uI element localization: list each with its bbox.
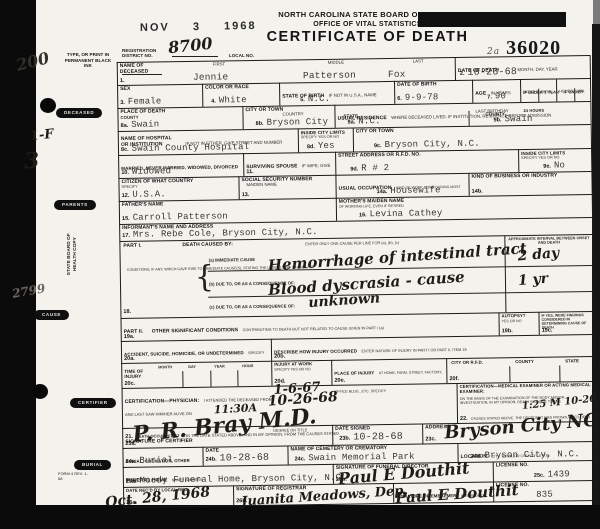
- injury-location-num: 20f.: [449, 376, 459, 382]
- state-label: STATE: [565, 359, 579, 364]
- examiner-title: CERTIFICATION—MEDICAL EXAMINER OR ACTING…: [460, 383, 593, 395]
- marital-status-num: 10.: [121, 171, 129, 177]
- funeral-home-num: 25a.: [126, 480, 137, 486]
- date-of-birth-num: 6.: [397, 97, 402, 103]
- copy-note: STATE BOARD OF HEALTH COPY: [67, 225, 79, 283]
- registration-district-label: REGISTRATION DISTRICT NO.: [122, 48, 166, 59]
- month-hint: MONTH: [158, 365, 172, 370]
- accident-sub: SPECIFY: [248, 351, 264, 355]
- accident-num: 20a.: [124, 356, 135, 362]
- hospital-city-limits-value: Yes: [318, 142, 335, 151]
- death-city-value: Bryson City: [267, 118, 329, 128]
- cemetery-location-num: 24d.: [471, 455, 482, 461]
- burial-date-num: 24b.: [206, 458, 217, 464]
- death-county-value: Swain: [131, 120, 159, 129]
- name-middle-value: Patterson: [303, 70, 356, 80]
- father-value: Carroll Patterson: [133, 212, 228, 222]
- field-autopsy-findings: IF YES, WERE FINDINGS CONSIDERED IN DETE…: [538, 311, 593, 335]
- sex-value: Female: [128, 97, 162, 106]
- ssn-num: 13.: [242, 193, 250, 199]
- page-title: CERTIFICATE OF DEATH: [255, 29, 480, 46]
- part1-conditions-note: CONDITIONS, IF ANY, WHICH GAVE RISE TO I…: [127, 267, 191, 272]
- field-sex: SEX 3.Female: [117, 84, 202, 108]
- field-citizenship: CITIZEN OF WHAT COUNTRY 12.U.S.A.: [118, 176, 238, 201]
- residence-city-limits-value: No: [554, 161, 565, 170]
- form-number-note: FORM 4 REV. 1-68: [58, 472, 92, 482]
- father-label: FATHER'S NAME: [122, 200, 334, 209]
- residence-state-num: 9a.: [348, 120, 356, 126]
- marital-status-value: Widowed: [132, 167, 171, 177]
- date-of-birth-value: 9-9-78: [405, 93, 439, 102]
- place-of-injury-num: 20e.: [334, 378, 345, 384]
- margin-tab-certifier: CERTIFIER: [70, 398, 116, 408]
- burial-num: 24a.: [126, 460, 137, 466]
- form-header: NORTH CAROLINA STATE BOARD OF HEALTH OFF…: [255, 10, 480, 46]
- burial-value: Burial: [139, 456, 173, 465]
- hospital-num: 8c.: [121, 148, 129, 154]
- part1-label: PART I.: [123, 244, 141, 250]
- form-grid: NAME OF DECEASED FIRST MIDDLE LAST 1. Je…: [117, 55, 598, 508]
- how-num: 20b.: [274, 354, 285, 360]
- received-date-stamp: NOV 3 1968: [140, 21, 257, 34]
- name-first-hint: FIRST: [213, 62, 225, 67]
- mother-value: Levina Cathey: [370, 209, 443, 219]
- day-hint: DAY: [188, 365, 196, 369]
- residence-county-value: Swain: [504, 115, 532, 124]
- death-city-num: 8b.: [256, 122, 264, 128]
- local-no-label: LOCAL NO.: [229, 53, 254, 58]
- line: [182, 371, 183, 387]
- cemetery-location-value: Bryson City, N.C.: [485, 450, 580, 460]
- age-label: AGE: [475, 91, 486, 97]
- mother-num: 16.: [359, 213, 367, 219]
- residence-city-value: Bryson City, N.C.: [385, 140, 480, 150]
- residence-city-label: CITY OR TOWN: [356, 126, 589, 135]
- citizenship-value: U.S.A.: [132, 190, 166, 199]
- county-label: COUNTY: [515, 360, 534, 365]
- field-age: AGE IN YEARS LAST BIRTHDAY 7.90: [472, 79, 520, 103]
- field-date-of-death: DATE OF DEATH MONTH, DAY, YEAR 2.10-26-6…: [455, 55, 590, 80]
- time-of-injury-num: 20c.: [124, 381, 135, 387]
- race-num: 4.: [211, 100, 216, 106]
- min-hint: MIN.: [577, 89, 585, 93]
- place-of-injury-label: PLACE OF INJURY: [334, 370, 374, 376]
- date-signed-num: 23b.: [339, 437, 350, 443]
- part2-title: OTHER SIGNIFICANT CONDITIONS: [152, 327, 239, 334]
- age-value: 90: [495, 92, 506, 101]
- autopsy-sub: YES OR NO: [502, 319, 537, 324]
- office-name: OFFICE OF VITAL STATISTICS: [255, 20, 480, 29]
- field-injury-location: CITY OR R.F.D. COUNTY STATE 20f.: [446, 356, 594, 383]
- margin-tab-deceased: DECEASED: [56, 108, 102, 118]
- sex-label: SEX: [120, 86, 200, 93]
- year-hint: YEAR: [214, 364, 225, 369]
- days-hint: DAYS: [541, 90, 551, 95]
- state-of-birth-value: N.C.: [308, 95, 331, 104]
- citizenship-label: CITIZEN OF WHAT COUNTRY: [121, 178, 236, 185]
- scan-edge-left: [0, 0, 36, 529]
- cemetery-value: Swain Memorial Park: [308, 453, 415, 464]
- margin-note-3: 3: [23, 147, 40, 174]
- hour-hint: HOUR: [242, 364, 253, 369]
- hospital-city-limits-num: 8d.: [307, 145, 315, 151]
- field-place-of-death-county: PLACE OF DEATH COUNTY 8a.Swain: [117, 106, 242, 131]
- cause-b-interval: 1 yr: [517, 271, 548, 289]
- how-sub: ENTER NATURE OF INJURY IN PART I OR PART…: [361, 348, 466, 354]
- street-address-value: R # 2: [361, 164, 389, 173]
- field-place-of-death-city: CITY OR TOWN 8b.Bryson City: [242, 105, 334, 129]
- brace-glyph: {: [195, 263, 215, 293]
- line: [210, 371, 211, 387]
- line: [559, 365, 560, 381]
- field-date-of-birth: DATE OF BIRTH 6.9-9-78: [394, 80, 472, 104]
- field-residence-city: CITY OR TOWN 9c.Bryson City, N.C.: [353, 124, 591, 152]
- field-burial-date: DATE 24b.10-28-68: [202, 446, 287, 466]
- line: [538, 89, 539, 102]
- field-father: FATHER'S NAME 15.Carroll Patterson: [119, 198, 336, 224]
- part1-line-a-label: (a) IMMEDIATE CAUSE: [209, 258, 256, 264]
- date-of-birth-label: DATE OF BIRTH: [397, 82, 470, 89]
- residence-county-num: 9b.: [494, 118, 502, 124]
- hospital-value: Swain County Hospital: [132, 143, 250, 154]
- residence-state-value: N.C.: [358, 117, 381, 126]
- accident-label: ACCIDENT, SUICIDE, HOMICIDE, OR UNDETERM…: [124, 350, 244, 357]
- scanned-death-certificate: NOV 3 1968 NORTH CAROLINA STATE BOARD OF…: [0, 0, 600, 529]
- findings-num: 19c.: [542, 328, 553, 334]
- at-work-sub: SPECIFY YES OR NO: [274, 367, 329, 372]
- board-name: NORTH CAROLINA STATE BOARD OF HEALTH: [255, 10, 480, 20]
- field-burial-type: BURIAL, CREMATION, OTHER SPECIFY 24a.Bur…: [122, 447, 202, 467]
- field-time-of-injury: TIME OF INJURY MONTH DAY YEAR HOUR 20c.: [121, 361, 271, 388]
- part2-num: 19a.: [124, 334, 135, 340]
- line: [574, 88, 575, 101]
- death-county-num: 8a.: [121, 124, 129, 130]
- line: [556, 79, 557, 101]
- embalmer-license-value: 835: [536, 491, 553, 500]
- part2-sub: CONTRIBUTING TO DEATH BUT NOT RELATED TO…: [243, 326, 384, 332]
- industry-label: KIND OF BUSINESS OR INDUSTRY: [471, 173, 589, 180]
- field-surviving-spouse: SURVIVING SPOUSE IF WIFE, GIVE MAIDEN NA…: [243, 152, 335, 176]
- field-cemetery-location: LOCATION CITY, TOWN, OR COUNTY / STATE 2…: [457, 441, 595, 462]
- field-director-license: LICENSE NO. 25c.1439: [493, 460, 596, 482]
- age-num: 7.: [487, 95, 492, 101]
- occupation-num: 14a.: [377, 190, 388, 196]
- name-last-hint: LAST: [413, 59, 424, 64]
- field-race: COLOR OR RACE 4.White: [202, 83, 279, 107]
- name-num: 1.: [120, 78, 125, 84]
- occupation-value: Housewife: [390, 186, 441, 196]
- cemetery-num: 24c.: [295, 457, 306, 463]
- ssn-label: SOCIAL SECURITY NUMBER: [241, 177, 333, 184]
- part1-caused-by: DEATH CAUSED BY:: [182, 242, 233, 248]
- citizenship-num: 12.: [122, 194, 130, 200]
- physician-title: CERTIFICATION—PHYSICIAN:: [125, 398, 200, 405]
- name-last-value: Fox: [388, 69, 406, 79]
- name-label: NAME OF DECEASED: [120, 63, 154, 75]
- field-under-one-year: IF UNDER 1 YEAR IF UNDER 24 HOURS MONTHS…: [520, 78, 590, 102]
- date-of-death-num: 2.: [460, 72, 465, 78]
- race-value: White: [219, 96, 247, 105]
- line: [468, 111, 469, 126]
- field-marital-status: MARRIED, NEVER MARRIED, WIDOWED, DIVORCE…: [118, 153, 243, 178]
- autopsy-num: 19b.: [502, 329, 513, 335]
- field-hospital: NAME OF HOSPITAL OR INSTITUTION IF NOT I…: [118, 128, 298, 155]
- residence-city-num: 9c.: [374, 144, 382, 150]
- father-num: 15.: [122, 217, 130, 223]
- sex-num: 3.: [120, 101, 125, 107]
- field-ssn: SOCIAL SECURITY NUMBER 13.: [238, 175, 335, 199]
- hospital-city-limits-sub: SPECIFY YES OR NO: [301, 135, 351, 140]
- state-of-birth-num: 5.: [300, 98, 305, 104]
- date-of-death-value: 10-26-68: [467, 68, 517, 79]
- margin-tab-burial: BURIAL: [74, 460, 111, 470]
- name-middle-hint: MIDDLE: [328, 61, 344, 66]
- burial-date-value: 10-28-68: [220, 454, 270, 465]
- margin-note-1f: 1-F: [29, 127, 54, 144]
- field-autopsy: AUTOPSY? YES OR NO 19b.: [498, 312, 538, 336]
- surviving-spouse-num: 11.: [246, 170, 253, 176]
- death-city-label: CITY OR TOWN: [245, 107, 332, 114]
- time-of-injury-label: TIME OF INJURY: [124, 368, 152, 379]
- field-street-address: STREET ADDRESS OR R.F.D. NO. 9d.R # 2: [335, 149, 518, 175]
- city-or-rfd-label: CITY OR R.F.D.: [451, 361, 483, 366]
- residence-city-limits-num: 9e.: [543, 165, 551, 171]
- address-num: 23c.: [425, 437, 436, 443]
- part1-num: 18.: [123, 310, 131, 316]
- street-address-num: 9d.: [350, 167, 358, 173]
- field-state-of-birth: STATE OF BIRTH IF NOT IN U.S.A., NAME CO…: [279, 81, 394, 106]
- part1-note: ENTER ONLY ONE CAUSE PER LINE FOR (a), (…: [305, 241, 399, 247]
- line: [509, 366, 510, 382]
- margin-tab-parents: PARENTS: [54, 200, 96, 210]
- scan-edge-bottom: [0, 505, 600, 529]
- field-hospital-city-limits: INSIDE CITY LIMITS SPECIFY YES OR NO 8d.…: [298, 128, 353, 153]
- margin-tab-cause: CAUSE: [34, 310, 69, 320]
- race-label: COLOR OR RACE: [205, 85, 277, 92]
- part1-line-c-label: (c) DUE TO, OR AS A CONSEQUENCE OF:: [209, 304, 295, 310]
- line: [237, 370, 238, 386]
- street-address-label: STREET ADDRESS OR R.F.D. NO.: [338, 151, 516, 159]
- mother-label: MOTHER'S MAIDEN NAME: [339, 196, 590, 205]
- informant-num: 17.: [122, 234, 130, 240]
- name-first-value: Jennie: [193, 72, 229, 82]
- field-date-signed: DATE SIGNED 23b.10-28-68: [332, 424, 422, 445]
- punch-hole-bottom: [32, 384, 48, 399]
- director-license-value: 1439: [548, 470, 571, 479]
- field-occupation: USUAL OCCUPATION KIND OF WORK DONE DURIN…: [335, 173, 468, 198]
- date-of-death-sub: MONTH, DAY, YEAR: [517, 66, 557, 72]
- field-residence-city-limits: INSIDE CITY LIMITS SPECIFY YES OR NO 9e.…: [518, 148, 591, 172]
- hours-hint: HOURS: [559, 89, 573, 94]
- punch-hole-top: [40, 98, 56, 113]
- field-accident-type: ACCIDENT, SUICIDE, HOMICIDE, OR UNDETERM…: [121, 339, 271, 363]
- field-industry: KIND OF BUSINESS OR INDUSTRY 14b.: [468, 171, 591, 196]
- director-license-label: LICENSE NO.: [496, 462, 594, 469]
- date-signed-value: 10-28-68: [353, 433, 403, 444]
- print-instruction: TYPE, OR PRINT IN PERMANENT BLACK INK: [62, 52, 114, 69]
- director-license-num: 25c.: [534, 474, 545, 480]
- field-place-of-injury: PLACE OF INJURY AT HOME, FARM, STREET, F…: [331, 358, 446, 385]
- industry-num: 14b.: [472, 189, 483, 195]
